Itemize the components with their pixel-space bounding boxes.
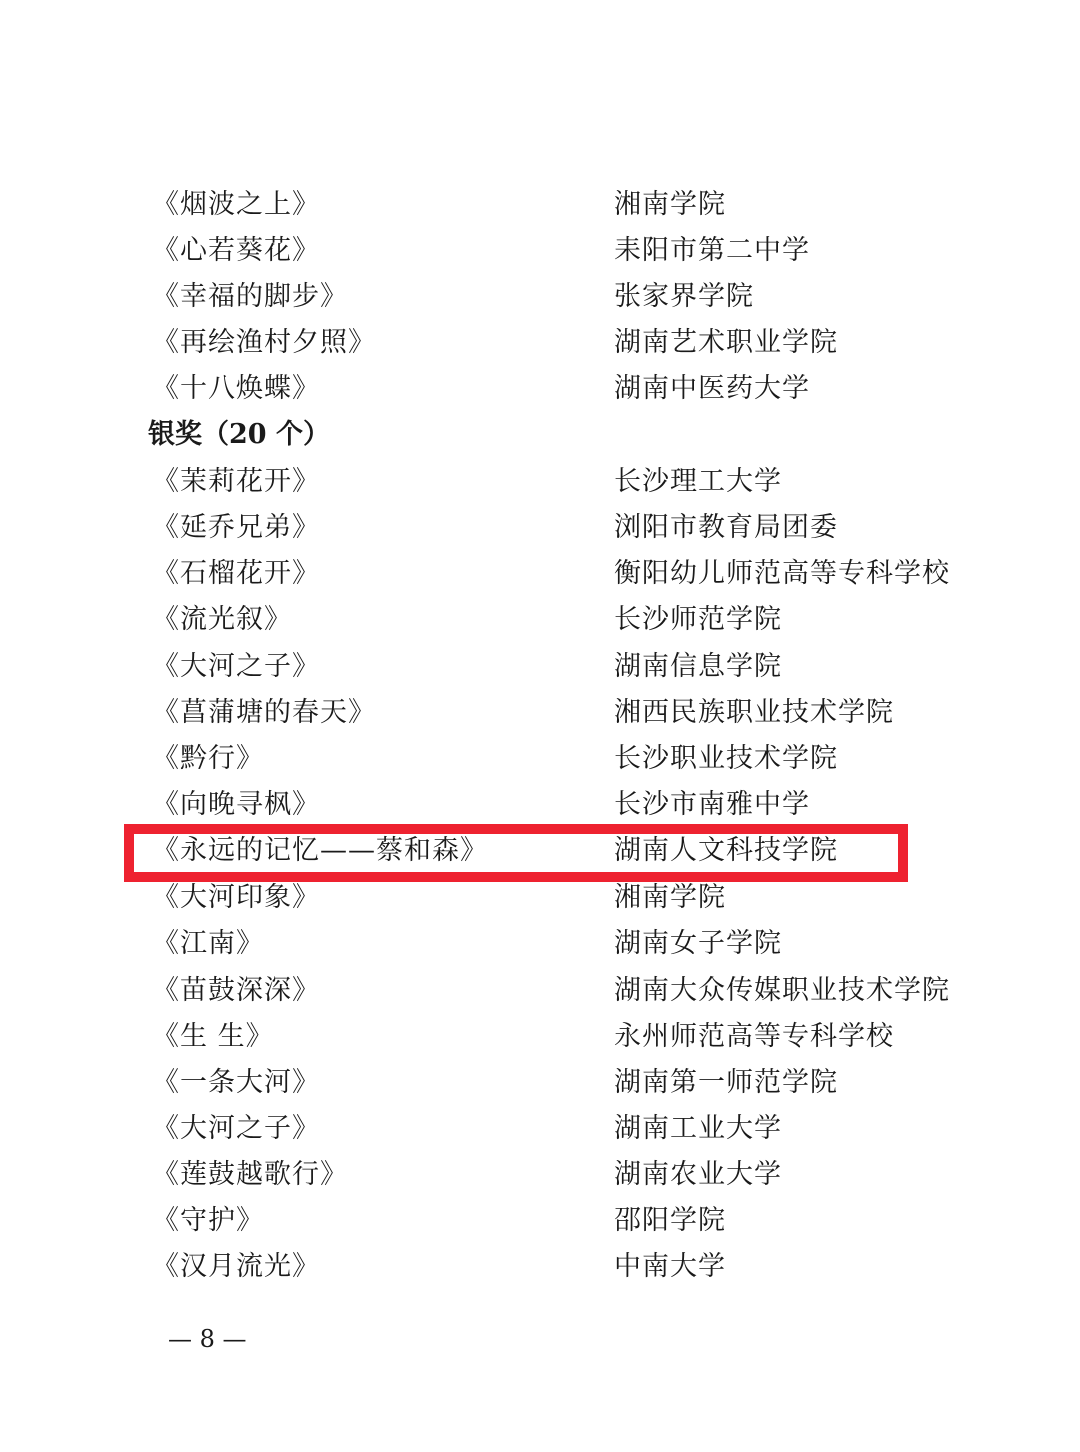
organization-name: 衡阳幼儿师范高等专科学校	[614, 551, 950, 597]
organization-name: 长沙师范学院	[614, 597, 782, 643]
organization-name: 耒阳市第二中学	[614, 228, 810, 274]
work-title: 《烟波之上》	[152, 182, 320, 228]
list-item: 《苗鼓深深》 湖南大众传媒职业技术学院	[0, 968, 1080, 1014]
work-title: 《十八焕蝶》	[152, 366, 320, 412]
list-item: 《菖蒲塘的春天》 湘西民族职业技术学院	[0, 690, 1080, 736]
highlight-annotation-box	[124, 824, 908, 882]
work-title: 《生 生》	[152, 1014, 274, 1060]
organization-name: 长沙职业技术学院	[614, 736, 838, 782]
work-title: 《黔行》	[152, 736, 264, 782]
work-title: 《汉月流光》	[152, 1244, 320, 1290]
work-title: 《大河之子》	[152, 1106, 320, 1152]
organization-name: 邵阳学院	[614, 1198, 726, 1244]
work-title: 《延乔兄弟》	[152, 505, 320, 551]
organization-name: 湖南工业大学	[614, 1106, 782, 1152]
work-title: 《石榴花开》	[152, 551, 320, 597]
list-item: 《流光叙》 长沙师范学院	[0, 597, 1080, 643]
list-item: 《石榴花开》 衡阳幼儿师范高等专科学校	[0, 551, 1080, 597]
work-title: 《向晚寻枫》	[152, 782, 320, 828]
list-item: 《心若葵花》 耒阳市第二中学	[0, 228, 1080, 274]
list-item: 《烟波之上》 湘南学院	[0, 182, 1080, 228]
list-item: 《延乔兄弟》 浏阳市教育局团委	[0, 505, 1080, 551]
organization-name: 湖南大众传媒职业技术学院	[614, 968, 950, 1014]
work-title: 《莲鼓越歌行》	[152, 1152, 348, 1198]
work-title: 《守护》	[152, 1198, 264, 1244]
work-title: 《幸福的脚步》	[152, 274, 348, 320]
list-item: 《黔行》 长沙职业技术学院	[0, 736, 1080, 782]
list-item: 《莲鼓越歌行》 湖南农业大学	[0, 1152, 1080, 1198]
organization-name: 长沙理工大学	[614, 459, 782, 505]
document-page: 《烟波之上》 湘南学院 《心若葵花》 耒阳市第二中学 《幸福的脚步》 张家界学院…	[0, 0, 1080, 1452]
organization-name: 湘西民族职业技术学院	[614, 690, 894, 736]
list-item: 《大河之子》 湖南工业大学	[0, 1106, 1080, 1152]
list-item: 《守护》 邵阳学院	[0, 1198, 1080, 1244]
organization-name: 湖南农业大学	[614, 1152, 782, 1198]
organization-name: 湖南信息学院	[614, 644, 782, 690]
organization-name: 湖南中医药大学	[614, 366, 810, 412]
organization-name: 长沙市南雅中学	[614, 782, 810, 828]
organization-name: 永州师范高等专科学校	[614, 1014, 894, 1060]
work-title: 《再绘渔村夕照》	[152, 320, 376, 366]
work-title: 《心若葵花》	[152, 228, 320, 274]
work-title: 《江南》	[152, 921, 264, 967]
organization-name: 张家界学院	[614, 274, 754, 320]
organization-name: 湘南学院	[614, 182, 726, 228]
work-title: 《菖蒲塘的春天》	[152, 690, 376, 736]
organization-name: 湖南艺术职业学院	[614, 320, 838, 366]
list-item: 《生 生》 永州师范高等专科学校	[0, 1014, 1080, 1060]
organization-name: 中南大学	[614, 1244, 726, 1290]
organization-name: 湖南第一师范学院	[614, 1060, 838, 1106]
work-title: 《一条大河》	[152, 1060, 320, 1106]
list-item: 《茉莉花开》 长沙理工大学	[0, 459, 1080, 505]
list-item: 《汉月流光》 中南大学	[0, 1244, 1080, 1290]
list-item: 《幸福的脚步》 张家界学院	[0, 274, 1080, 320]
list-item: 《一条大河》 湖南第一师范学院	[0, 1060, 1080, 1106]
work-title: 《流光叙》	[152, 597, 292, 643]
list-item: 《向晚寻枫》 长沙市南雅中学	[0, 782, 1080, 828]
list-item: 《江南》 湖南女子学院	[0, 921, 1080, 967]
work-title: 《茉莉花开》	[152, 459, 320, 505]
list-item: 《大河之子》 湖南信息学院	[0, 644, 1080, 690]
list-item: 《再绘渔村夕照》 湖南艺术职业学院	[0, 320, 1080, 366]
organization-name: 湖南女子学院	[614, 921, 782, 967]
work-title: 《大河之子》	[152, 644, 320, 690]
list-item: 《十八焕蝶》 湖南中医药大学	[0, 366, 1080, 412]
organization-name: 浏阳市教育局团委	[614, 505, 838, 551]
work-title: 《苗鼓深深》	[152, 968, 320, 1014]
page-number: — 8 —	[168, 1322, 247, 1356]
section-heading-silver: 银奖（20 个）	[148, 412, 330, 458]
